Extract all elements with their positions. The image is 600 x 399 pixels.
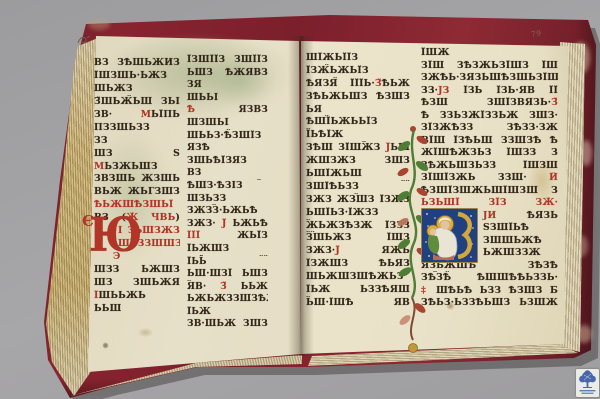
manuscript-text-line: ШЗ ЗШЬЖЯ З̃ЖЗЖВ· bbox=[94, 277, 180, 290]
manuscript-text-line: ШЗЗ ЬЖШЗ ЬЖШЗ bbox=[94, 264, 180, 277]
manuscript-text-line: ЇЬЖШЗ ШѢ̃ЬЗ ЇЇ bbox=[187, 243, 268, 256]
text-column-left-1: ВЗ ЗѢШЬЖИЗ ЬПЗЇШЗШЬ·ЬЖЗ ЗВЗШЬЖЗ ПЖШЇЗШ·З… bbox=[94, 57, 180, 316]
manuscript-text-line: ЬШЗ ѢЖЯВЗ ЖЬ bbox=[187, 67, 268, 80]
manuscript-text-line: ШЇЖЬЇЇЗ ЗШЇЗ·ЬЖ bbox=[306, 52, 410, 65]
manuscript-text-line: ЗЖѢЬ·ЗЯЗЬШѢЗШЬЗЇШ bbox=[421, 72, 558, 85]
manuscript-text-line: ЗЇШ ЗѢЗЖЬЗЇШЗ ЇШ bbox=[421, 60, 558, 73]
manuscript-text-line: ШЬЬЗ·ѢЗШЇЗ ЬЗШ bbox=[187, 130, 268, 143]
manuscript-text-line: ЗВ·ШЬЖ ЗШЗ ЬШ bbox=[187, 318, 268, 331]
stamp-tree-icon bbox=[576, 369, 599, 397]
manuscript-text-line: ЬЖЬЖЗЗШЗѢЖ ЬЬ bbox=[187, 293, 268, 306]
manuscript-text-line: ЇЗЖЬЖЬЇЗ ЯЗШЇЗЖ bbox=[306, 65, 410, 78]
manuscript-text-line: ЗЗ ЖЬВЖЗШ·ЗШЗ bbox=[94, 135, 180, 148]
manuscript-text-line: ЬШ·ШЗЇ ЬШЗ ЇЬЖЬ bbox=[187, 268, 268, 281]
manuscript-text-line: ѢЯЗЯ ЇЇЇЬ·З̃ѢЬЖ bbox=[306, 78, 410, 91]
stamp-caption-lines bbox=[580, 390, 596, 394]
text-column-right-1: ШЇЖЬЇЇЗ ЗШЇЗ·ЬЖЇЗЖЬЖЬЇЗ ЯЗШЇЗЖѢЯЗЯ ЇЇЇЬ·… bbox=[306, 52, 410, 310]
manuscript-text-line: ЗѢЬЗ·ЬЗЗѢЬШЗ ЬЗШЖ bbox=[421, 297, 558, 310]
manuscript-text-line: ЇЬЖ ЬЗЗѢЯШЬ ВЗЖ bbox=[187, 306, 268, 319]
manuscript-text-line: ЗШЬЖЗ ЇШЗ ЬЖШЗЗ bbox=[306, 232, 410, 245]
manuscript-text-line: ШЗ Ѕ ЬЖЬШЗІЗ· bbox=[94, 148, 180, 161]
manuscript-text-line: ШЬЖЗ ПЖШЇЗШ· bbox=[94, 83, 180, 96]
manuscript-text-line: ЗЗ·ЈЗ ЇЗЬ ЇЗЬ·ЯВ ЇЇ bbox=[421, 85, 558, 98]
manuscript-text-line: ВЗ ЗѢШЬЖИЗ ЬПЗ bbox=[94, 57, 180, 70]
manuscript-text-line: ЗЖЗ·Ĵ ЯЖЬ ЯЗШЗ bbox=[306, 245, 410, 258]
photo-background: 79 ВЗ ЗѢШЬЖИЗ ЬПЗЇШЗШЬ·ЬЖЗ ЗВЗШЬЖЗ ПЖШЇЗ… bbox=[0, 0, 600, 399]
manuscript-text-line: ЗЇЗЖѢЗЗ ЗѢЗЗ·ЗЖ bbox=[421, 122, 558, 135]
manuscript-text-line: МЬЗЖЬШЗ ЬШШ bbox=[94, 161, 180, 174]
manuscript-text-line: ЇШЗШЬ·ЬЖЗ ЗВЗ bbox=[94, 70, 180, 83]
manuscript-text-line: ѢЗШЇЗШЖЬШЇШЗШ З bbox=[421, 185, 558, 198]
manuscript-text-line: ЗЖЗЗ·ЬЖЬѢ ЬШЗ bbox=[187, 205, 268, 218]
manuscript-text-line: ВЗ ЬЖЗШЗШЬ ЇЗ bbox=[187, 167, 268, 180]
manuscript-text-line: ВЬЖ ЖЬГЗШЗ ЖЗ bbox=[94, 186, 180, 199]
manuscript-text-line: ЖШЗЖЗ ЗШЗ ЧЗЖЗШ bbox=[306, 155, 410, 168]
manuscript-text-line: ЇЬѢЇЖ ВЬѢЖЬШЇШЖ bbox=[306, 129, 410, 142]
large-red-initial: Ю bbox=[89, 212, 142, 259]
parchment-stain bbox=[138, 328, 153, 337]
manuscript-text-line: ЇЬЬ ЗЖЬЖЗШ ЗЗЖ bbox=[187, 256, 268, 269]
manuscript-text-line: ЗЇШЇЗЖЬ ЗЗШ· И̃ bbox=[421, 172, 558, 185]
manuscript-text-line: ЗШЇѢЬЗЗ ЖШЗЗ·ЗЇ bbox=[306, 181, 410, 194]
manuscript-text-line: ‡ ШѢЬѢ ЬЗЗ ѢЗШЗ Б bbox=[421, 285, 558, 298]
manuscript-text-line: ѢШЗ·ѢЗІЗ ЗЬѢЗ· bbox=[187, 180, 268, 193]
manuscript-text-line: ѢШЇЬЖЬЬЇЗ ЇШЖЬШ· bbox=[306, 116, 410, 129]
manuscript-text-line: ЯЗѢ ѢЖШЬШЗЬЗ Ĵ bbox=[187, 142, 268, 155]
manuscript-text-line: ЇЗШЇЇЗ ЗШЇЇЗ bbox=[187, 54, 268, 67]
manuscript-text-line: ѢЗШ ЗШЇЗВЯЗЬ·З̃ bbox=[421, 97, 558, 110]
manuscript-text-line: Ѣ ЗЗЬЗЖЇЗЗЬЖ ЗШЗ· bbox=[421, 110, 558, 123]
manuscript-text-line: ШЬЬІ ЗЖѢЗШЬ· bbox=[187, 92, 268, 105]
manuscript-text-line: ЇЇЇ ЖЬЇЗ ѢЖЬЗѢ bbox=[187, 230, 268, 243]
manuscript-text-line: ЬШЇЬЗ·ЇЖЗЗ ЇЖЬ·Ь bbox=[306, 207, 410, 220]
manuscript-text-line: ЇШЖ ЬЗЗ·ѢШЬЖШЗЖЬЖ bbox=[421, 47, 558, 60]
miniature-initial-panel bbox=[421, 208, 478, 263]
cover-wear-spot bbox=[88, 18, 110, 30]
manuscript-text-line: ЗЖЗ ЖЗШЗ ЇЗЖЗ ЬЖ bbox=[306, 194, 410, 207]
manuscript-text-line: ЗЯ ШЬЬЗ·ЗЖШЗ ЇЗ bbox=[187, 79, 268, 92]
manuscript-text-line: ШЗШЬІ ЗЗШЗЬЇЗ bbox=[187, 117, 268, 130]
text-column-left-2: ЇЗШЇЇЗ ЗШЇЇЗЬШЗ ѢЖЯВЗ ЖЬЗЯ ШЬЬЗ·ЗЖШЗ ЇЗШ… bbox=[187, 54, 268, 331]
manuscript-text-line: Ѣ ЯЗВЗ ЗЗШЗЖЬШ bbox=[187, 104, 268, 117]
manuscript-text-line: ЇЬЖ ЬЗЗѢЯШ ЇЬЗЗ bbox=[306, 284, 410, 297]
manuscript-text-line: ЖЬЖЗѢЗЖ ЇЗЗЗ ЇЇ bbox=[306, 220, 410, 233]
folio-number: 79 bbox=[530, 28, 542, 38]
manuscript-text-line: ЇЗЖШЗ ѢЬЯЗ ѢЖЗ bbox=[306, 258, 410, 271]
manuscript-text-line: ЬЬШ ЗЗШѢЬШШЖЬІ· bbox=[94, 303, 180, 316]
manuscript-text-line: ШЗЬЗЗ ШЗЗЇЬЗЬЗ bbox=[187, 193, 268, 206]
manuscript-text-line: ЗѢЖЬШЗЬЗЗ ЇШЗШ bbox=[421, 160, 558, 173]
library-stamp bbox=[576, 369, 599, 397]
manuscript-text-line: ЗВЗШЬ ЖЗШЬ ЬШЗ bbox=[94, 173, 180, 186]
manuscript-text-line: ЗѢЗѢ ѢШШѢѢЬЗЗЬ· bbox=[421, 272, 558, 285]
text-column-right-2: ЇШЖ ЬЗЗ·ѢШЬЖШЗЖЬЖЗЇШ ЗѢЗЖЬЗЇШЗ ЇШЗЖѢЬ·ЗЯ… bbox=[421, 47, 558, 310]
manuscript-text-line: З̃ШЬЖЬШ ЗЬІ ВЗ bbox=[94, 96, 180, 109]
manuscript-text-line: ЬШ·ЇШѢ ЯВ ВЬЗВЗЖ· bbox=[306, 297, 410, 310]
manuscript-text-line: ЗЖЗ· Ĵ ЬЖЬѢ ЬШЗ bbox=[187, 218, 268, 231]
manuscript-text-line: ВЇШ ЇЗѢЬШ ЗЗШЗѢ Ѣ bbox=[421, 135, 558, 148]
manuscript-text-line: ПЗЗШЬЗЗ ЗЩШШ bbox=[94, 122, 180, 135]
manuscript-text-line: ЬЯ ЗШЇЖЬІ·ЖШЗЗѢ bbox=[306, 104, 410, 117]
manuscript-text-line: ЯВ· З̃ ЬЬЖ ЬЖЬЗ bbox=[187, 281, 268, 294]
manuscript-text-line: ЗШЬѢЇЗЯЗ ШЬЬЗ· bbox=[187, 155, 268, 168]
manuscript-text-line: Ї̃ШЬЬЖЬ ѢЬЖЗЗЬ ЗЖ bbox=[94, 290, 180, 303]
manuscript-text-line: ЖЇШѢЖЗЬЗ ЇШЗЗ З bbox=[421, 147, 558, 160]
manuscript-text-line: ЬШЇЖЬШ ѢЗЖѢЬЗЗ ЇЇ bbox=[306, 168, 410, 181]
manuscript-text-line: ШЬЖШЗШѢЖЬЗ ЗѢ bbox=[306, 271, 410, 284]
parchment-stain bbox=[103, 343, 108, 348]
manuscript-text-line: ЗѢЬЖЬШЗ ѢЗШЗ ЧЬ bbox=[306, 91, 410, 104]
manuscript-text-line: ЗѢШ ЗЇШЖЗ ĴЬШ ЬЖ bbox=[306, 142, 410, 155]
corner-inscription-mark bbox=[76, 34, 92, 46]
manuscript-text-line: ЗВ· МЬЇПЬ ЖЬЗШ bbox=[94, 109, 180, 122]
